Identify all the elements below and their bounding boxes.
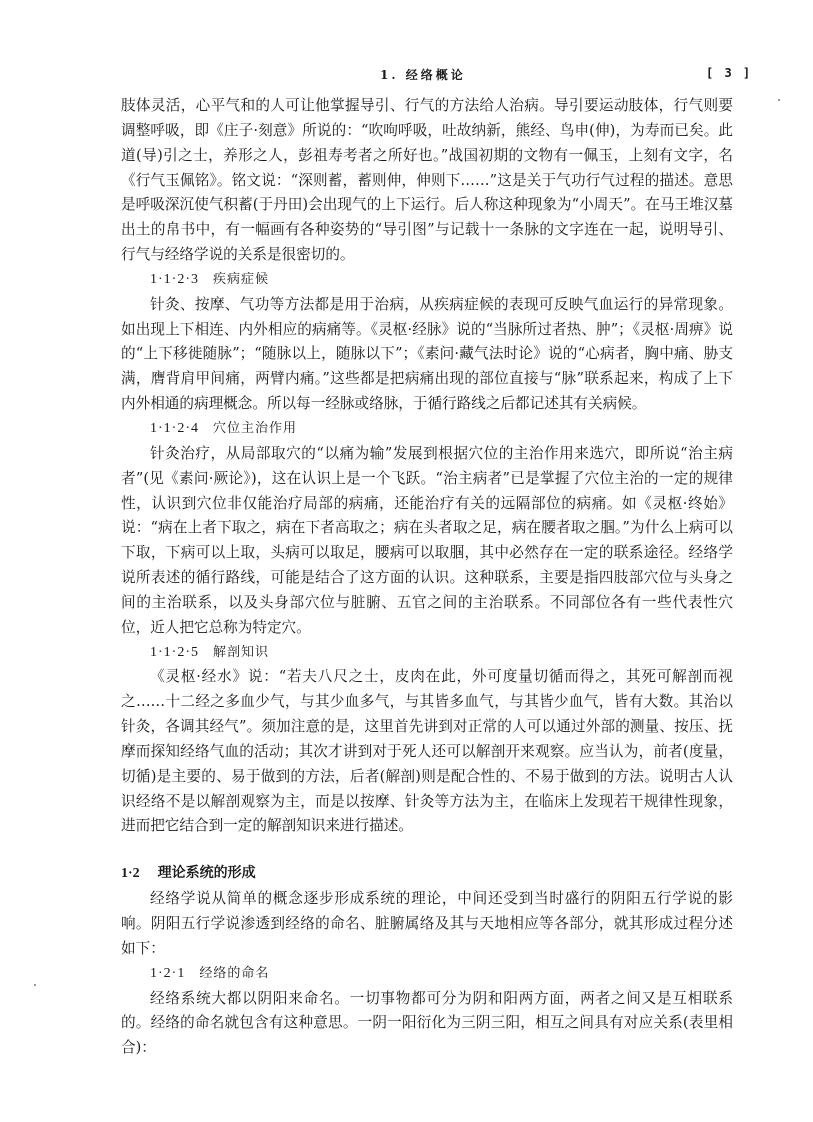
subheading-title: 穴位主治作用 <box>213 421 297 436</box>
section-number: 1·2 <box>121 866 140 881</box>
paragraph-theory-formation: 经络学说从简单的概念逐步形成系统的理论，中间还受到当时盛行的阴阳五行学说的影响。… <box>121 887 733 962</box>
page-number: [ 3 ] <box>706 66 752 80</box>
subheading-number: 1·1·2·5 <box>150 645 199 660</box>
paragraph-disease-symptoms: 针灸、按摩、气功等方法都是用于治病，从疾病症候的表现可反映气血运行的异常现象。如… <box>121 293 733 417</box>
subheading-1-2-1: 1·2·1经络的命名 <box>121 962 733 987</box>
body-text: 肢体灵活，心平气和的人可让他掌握导引、行气的方法给人治病。导引要运动肢体，行气则… <box>121 94 733 1061</box>
page-header: 1. 经络概论 [ 3 ] <box>0 66 813 86</box>
subheading-title: 解剖知识 <box>213 645 269 660</box>
subheading-1-1-2-3: 1·1·2·3疾病症候 <box>121 268 733 293</box>
scan-speck <box>34 984 36 986</box>
paragraph-acupoint-indications: 针灸治疗，从局部取穴的“以痛为输”发展到根据穴位的主治作用来选穴，即所说“治主病… <box>121 442 733 641</box>
paragraph-anatomy: 《灵枢·经水》说：“若夫八尺之士，皮肉在此，外可度量切循而得之，其死可解剖而视之… <box>121 665 733 839</box>
subheading-number: 1·1·2·4 <box>150 421 199 436</box>
section-title: 理论系统的形成 <box>158 865 256 881</box>
subheading-number: 1·1·2·3 <box>150 272 199 287</box>
subheading-number: 1·2·1 <box>150 966 185 981</box>
paragraph-daoyin: 肢体灵活，心平气和的人可让他掌握导引、行气的方法给人治病。导引要运动肢体，行气则… <box>121 94 733 268</box>
section-heading-1-2: 1·2理论系统的形成 <box>121 861 733 887</box>
subheading-1-1-2-5: 1·1·2·5解剖知识 <box>121 641 733 666</box>
scan-speck <box>778 99 780 101</box>
subheading-title: 疾病症候 <box>213 272 269 287</box>
subheading-1-1-2-4: 1·1·2·4穴位主治作用 <box>121 417 733 442</box>
paragraph-meridian-naming: 经络系统大都以阴阳来命名。一切事物都可分为阴和阳两方面，两者之间又是互相联系的。… <box>121 987 733 1062</box>
subheading-title: 经络的命名 <box>199 966 269 981</box>
running-title: 1. 经络概论 <box>380 66 466 83</box>
